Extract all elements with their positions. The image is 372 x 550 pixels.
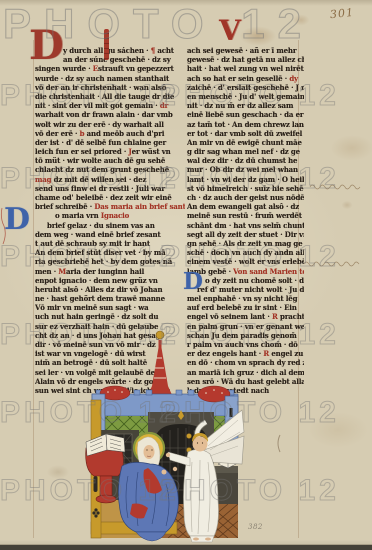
watermark-overlay: PHOTO 12 PHOTO 12 PHOTO 12 PHOTO 12 PHOT… (0, 0, 372, 550)
watermark-text: PHOTO 12 (3, 0, 314, 47)
watermark-text: PHOTO 12 (160, 240, 340, 273)
watermark-text: PHOTO 12 (0, 162, 180, 195)
watermark-text: PHOTO 12 (0, 474, 180, 507)
watermark-text: PHOTO 12 (160, 79, 340, 112)
watermark-text: PHOTO 12 (0, 318, 180, 351)
watermark-text: PHOTO 12 (160, 474, 340, 507)
watermark-text: PHOTO 12 (160, 318, 340, 351)
photo-edge-band (0, 544, 372, 550)
watermark-text: PHOTO 12 (0, 79, 180, 112)
manuscript-page-photo: y durch all gu sáchen · ¶ achtan der sún… (0, 0, 372, 550)
watermark-text: PHOTO 12 (0, 396, 180, 429)
watermark-text: PHOTO 12 (0, 240, 180, 273)
watermark-text: PHOTO 12 (160, 396, 340, 429)
watermark-text: PHOTO 12 (160, 162, 340, 195)
